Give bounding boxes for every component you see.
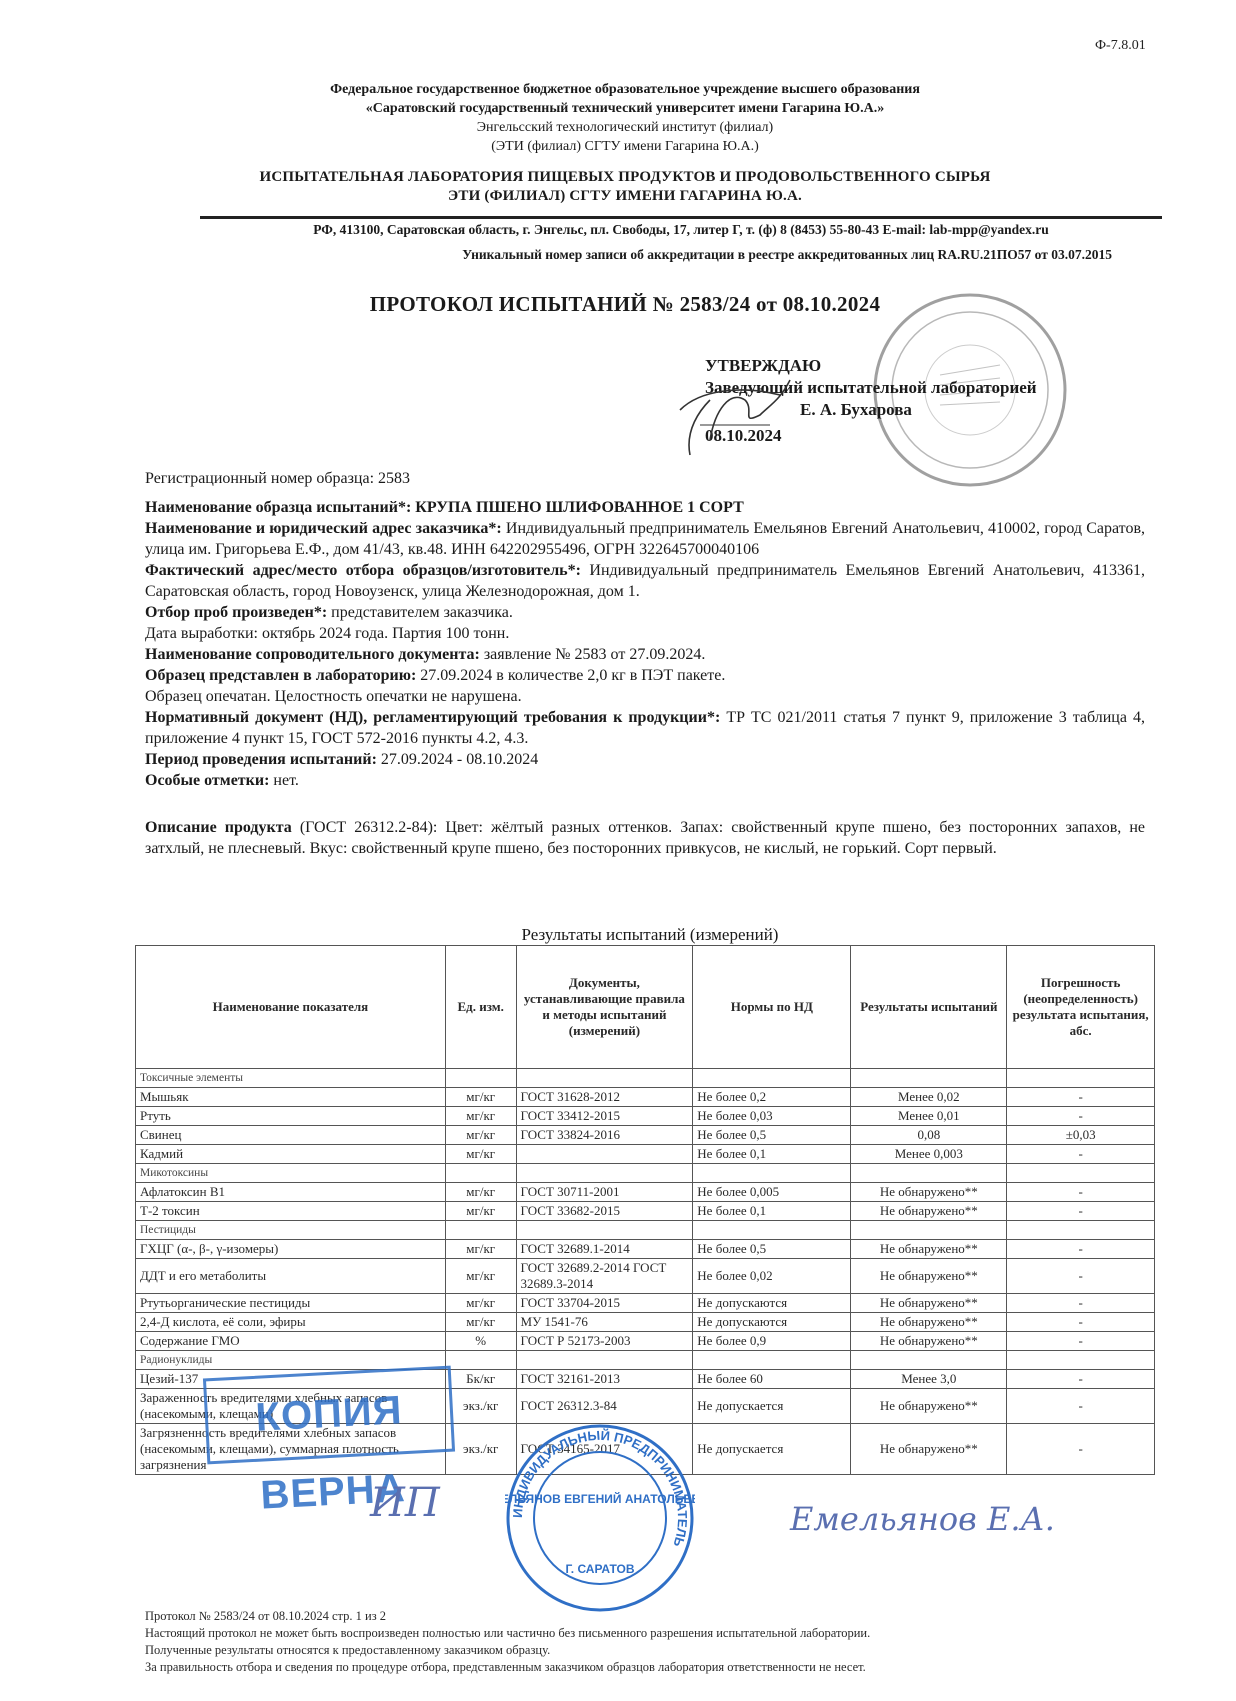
method-cell: ГОСТ 32689.2-2014 ГОСТ 32689.3-2014 [516,1259,693,1294]
footer-note-1: Настоящий протокол не может быть воспрои… [145,1625,1185,1642]
description-row: Описание продукта (ГОСТ 26312.2-84): Цве… [145,817,1145,859]
col-indicator: Наименование показателя [136,946,446,1069]
empty-cell [693,1069,851,1088]
indicator-cell: Т-2 токсин [136,1202,446,1221]
footer: Протокол № 2583/24 от 08.10.2024 стр. 1 … [145,1608,1185,1676]
notes-label: Особые отметки: [145,772,269,789]
table-group-row: Токсичные элементы [136,1069,1155,1088]
unit-cell: мг/кг [445,1240,516,1259]
empty-cell [1007,1221,1155,1240]
approver-name: Е. А. Бухарова [800,399,1037,421]
lab-address: РФ, 413100, Саратовская область, г. Энге… [200,222,1162,238]
unit-cell: мг/кг [445,1202,516,1221]
error-cell: - [1007,1370,1155,1389]
indicator-cell: ДДТ и его метаболиты [136,1259,446,1294]
norm-cell: Не более 0,1 [693,1202,851,1221]
indicator-cell: ГХЦГ (α-, β-, γ-изомеры) [136,1240,446,1259]
group-label: Токсичные элементы [136,1069,446,1088]
unit-cell: мг/кг [445,1183,516,1202]
header-line-4: (ЭТИ (филиал) СГТУ имени Гагарина Ю.А.) [200,137,1050,156]
submitted-row: Образец представлен в лабораторию: 27.09… [145,665,1145,686]
col-unit: Ед. изм. [445,946,516,1069]
description-value: (ГОСТ 26312.2-84): Цвет: жёлтый разных о… [145,819,1145,857]
error-cell: - [1007,1145,1155,1164]
result-cell: Не обнаружено** [851,1332,1007,1351]
result-cell: Не обнаружено** [851,1202,1007,1221]
ip-seal-ring-text: ИНДИВИДУАЛЬНЫЙ ПРЕДПРИНИМАТЕЛЬ [510,1428,690,1549]
ip-seal-city: Г. САРАТОВ [565,1562,634,1576]
error-cell: - [1007,1389,1155,1424]
result-cell: Менее 0,01 [851,1107,1007,1126]
table-row: ДДТ и его метаболитымг/кгГОСТ 32689.2-20… [136,1259,1155,1294]
notes-value: нет. [273,772,298,789]
reg-number-label: Регистрационный номер образца: [145,470,374,487]
error-cell: - [1007,1313,1155,1332]
header-line-2: «Саратовский государственный технический… [200,99,1050,118]
col-error: Погрешность (неопределенность) результат… [1007,946,1155,1069]
error-cell: - [1007,1240,1155,1259]
sample-name-row: Наименование образца испытаний*: КРУПА П… [145,497,1145,518]
method-cell: ГОСТ 33704-2015 [516,1294,693,1313]
result-cell: 0,08 [851,1126,1007,1145]
error-cell: - [1007,1107,1155,1126]
norm-cell: Не допускаются [693,1313,851,1332]
table-row: Мышьякмг/кгГОСТ 31628-2012Не более 0,2Ме… [136,1088,1155,1107]
error-cell: - [1007,1202,1155,1221]
method-cell: ГОСТ 33412-2015 [516,1107,693,1126]
accompanying-doc-label: Наименование сопроводительного документа… [145,646,480,663]
sampling-value: представителем заказчика. [331,604,513,621]
table-group-row: Пестициды [136,1221,1155,1240]
lab-name-line-2: ЭТИ (ФИЛИАЛ) СГТУ ИМЕНИ ГАГАРИНА Ю.А. [200,187,1050,206]
table-group-row: Микотоксины [136,1164,1155,1183]
norm-cell: Не более 0,9 [693,1332,851,1351]
result-cell: Не обнаружено** [851,1294,1007,1313]
norm-cell: Не более 0,02 [693,1259,851,1294]
accompanying-doc-row: Наименование сопроводительного документа… [145,644,1145,665]
actual-address-row: Фактический адрес/место отбора образцов/… [145,560,1145,602]
result-cell: Не обнаружено** [851,1424,1007,1475]
unit-cell: % [445,1332,516,1351]
ip-signature: ИП [370,1480,440,1526]
empty-cell [516,1069,693,1088]
method-cell: ГОСТ 32689.1-2014 [516,1240,693,1259]
group-label: Микотоксины [136,1164,446,1183]
empty-cell [516,1221,693,1240]
error-cell: - [1007,1259,1155,1294]
table-row: Т-2 токсинмг/кгГОСТ 33682-2015Не более 0… [136,1202,1155,1221]
form-code: Ф-7.8.01 [1095,38,1146,54]
customer-signature: Емельянов Е.А. [790,1500,1055,1538]
svg-text:ИНДИВИДУАЛЬНЫЙ ПРЕДПРИНИМАТЕЛЬ: ИНДИВИДУАЛЬНЫЙ ПРЕДПРИНИМАТЕЛЬ [510,1428,690,1549]
empty-cell [445,1069,516,1088]
empty-cell [445,1221,516,1240]
period-row: Период проведения испытаний: 27.09.2024 … [145,749,1145,770]
sample-info: Регистрационный номер образца: 2583 Наим… [145,468,1145,859]
error-cell: - [1007,1332,1155,1351]
ip-seal-name: ЕМЕЛЬЯНОВ ЕВГЕНИЙ АНАТОЛЬЕВИЧ [505,1491,695,1506]
lab-name: ИСПЫТАТЕЛЬНАЯ ЛАБОРАТОРИЯ ПИЩЕВЫХ ПРОДУК… [200,168,1050,206]
indicator-cell: Афлатоксин B1 [136,1183,446,1202]
normative-label: Нормативный документ (НД), регламентирую… [145,709,720,726]
unit-cell: мг/кг [445,1259,516,1294]
norm-cell: Не допускаются [693,1294,851,1313]
col-method: Документы, устанавливающие правила и мет… [516,946,693,1069]
accompanying-doc-value: заявление № 2583 от 27.09.2024. [484,646,705,663]
result-cell: Менее 3,0 [851,1370,1007,1389]
norm-cell: Не более 0,2 [693,1088,851,1107]
norm-cell: Не более 0,03 [693,1107,851,1126]
col-result: Результаты испытаний [851,946,1007,1069]
result-cell: Не обнаружено** [851,1240,1007,1259]
error-cell: - [1007,1424,1155,1475]
table-row: 2,4-Д кислота, её соли, эфирымг/кгМУ 154… [136,1313,1155,1332]
footer-note-2: Полученные результаты относятся к предос… [145,1642,1185,1659]
norm-cell: Не допускается [693,1389,851,1424]
indicator-cell: Содержание ГМО [136,1332,446,1351]
accreditation-number: Уникальный номер записи об аккредитации … [200,247,1162,263]
empty-cell [851,1351,1007,1370]
unit-cell: мг/кг [445,1107,516,1126]
group-label: Радионуклиды [136,1351,446,1370]
submitted-value: 27.09.2024 в количестве 2,0 кг в ПЭТ пак… [420,667,725,684]
empty-cell [693,1164,851,1183]
result-cell: Не обнаружено** [851,1389,1007,1424]
method-cell: ГОСТ 31628-2012 [516,1088,693,1107]
table-row: Ртутьорганические пестицидымг/кгГОСТ 337… [136,1294,1155,1313]
error-cell: - [1007,1294,1155,1313]
empty-cell [445,1164,516,1183]
norm-cell: Не более 0,5 [693,1126,851,1145]
actual-address-label: Фактический адрес/место отбора образцов/… [145,562,581,579]
empty-cell [516,1164,693,1183]
approver-signature-icon [670,370,810,460]
empty-cell [1007,1164,1155,1183]
copy-verified-stamp: КОПИЯ ВЕРНА [203,1366,455,1465]
table-row: Свинецмг/кгГОСТ 33824-2016Не более 0,50,… [136,1126,1155,1145]
method-cell: ГОСТ 33824-2016 [516,1126,693,1145]
header-line-3: Энгельсский технологический институт (фи… [200,118,1050,137]
method-cell: ГОСТ 32161-2013 [516,1370,693,1389]
unit-cell: Бк/кг [445,1370,516,1389]
table-row: Содержание ГМО%ГОСТ Р 52173-2003Не более… [136,1332,1155,1351]
institution-header: Федеральное государственное бюджетное об… [200,80,1050,156]
description-label: Описание продукта [145,819,292,836]
empty-cell [693,1351,851,1370]
submitted-label: Образец представлен в лабораторию: [145,667,416,684]
customer-row: Наименование и юридический адрес заказчи… [145,518,1145,560]
unit-cell: мг/кг [445,1126,516,1145]
indicator-cell: Свинец [136,1126,446,1145]
lab-name-line-1: ИСПЫТАТЕЛЬНАЯ ЛАБОРАТОРИЯ ПИЩЕВЫХ ПРОДУК… [200,168,1050,187]
sample-name-value: КРУПА ПШЕНО ШЛИФОВАННОЕ 1 СОРТ [415,499,743,516]
indicator-cell: Ртуть [136,1107,446,1126]
norm-cell: Не более 0,005 [693,1183,851,1202]
result-cell: Менее 0,003 [851,1145,1007,1164]
empty-cell [445,1351,516,1370]
sampling-row: Отбор проб произведен*: представителем з… [145,602,1145,623]
result-cell: Не обнаружено** [851,1259,1007,1294]
error-cell: ±0,03 [1007,1126,1155,1145]
period-value: 27.09.2024 - 08.10.2024 [381,751,538,768]
period-label: Период проведения испытаний: [145,751,377,768]
ip-seal-icon: ИНДИВИДУАЛЬНЫЙ ПРЕДПРИНИМАТЕЛЬ ЕМЕЛЬЯНОВ… [505,1423,695,1613]
indicator-cell: Ртутьорганические пестициды [136,1294,446,1313]
sealed-note: Образец опечатан. Целостность опечатки н… [145,686,1145,707]
footer-note-3: За правильность отбора и сведения по про… [145,1659,1185,1676]
error-cell: - [1007,1183,1155,1202]
unit-cell: мг/кг [445,1145,516,1164]
method-cell: ГОСТ 30711-2001 [516,1183,693,1202]
method-cell [516,1145,693,1164]
page-info: Протокол № 2583/24 от 08.10.2024 стр. 1 … [145,1608,1185,1625]
table-row: Ртутьмг/кгГОСТ 33412-2015Не более 0,03Ме… [136,1107,1155,1126]
table-group-row: Радионуклиды [136,1351,1155,1370]
unit-cell: мг/кг [445,1313,516,1332]
table-row: Афлатоксин B1мг/кгГОСТ 30711-2001Не боле… [136,1183,1155,1202]
norm-cell: Не более 0,5 [693,1240,851,1259]
group-label: Пестициды [136,1221,446,1240]
error-cell: - [1007,1088,1155,1107]
normative-row: Нормативный документ (НД), регламентирую… [145,707,1145,749]
header-divider [200,216,1162,219]
table-row: ГХЦГ (α-, β-, γ-изомеры)мг/кгГОСТ 32689.… [136,1240,1155,1259]
empty-cell [851,1164,1007,1183]
empty-cell [693,1221,851,1240]
header-line-1: Федеральное государственное бюджетное об… [200,80,1050,99]
results-table-title: Результаты испытаний (измерений) [145,925,1155,945]
result-cell: Не обнаружено** [851,1183,1007,1202]
empty-cell [1007,1069,1155,1088]
result-cell: Не обнаружено** [851,1313,1007,1332]
method-cell: ГОСТ 26312.3-84 [516,1389,693,1424]
empty-cell [851,1221,1007,1240]
indicator-cell: Кадмий [136,1145,446,1164]
results-header-row: Наименование показателя Ед. изм. Докумен… [136,946,1155,1069]
norm-cell: Не более 60 [693,1370,851,1389]
empty-cell [1007,1351,1155,1370]
result-cell: Менее 0,02 [851,1088,1007,1107]
reg-number-row: Регистрационный номер образца: 2583 [145,468,1145,489]
norm-cell: Не допускается [693,1424,851,1475]
table-row: Кадмиймг/кгНе более 0,1Менее 0,003- [136,1145,1155,1164]
production-date: Дата выработки: октябрь 2024 года. Парти… [145,623,1145,644]
notes-row: Особые отметки: нет. [145,770,1145,791]
customer-label: Наименование и юридический адрес заказчи… [145,520,502,537]
indicator-cell: Мышьяк [136,1088,446,1107]
method-cell: ГОСТ Р 52173-2003 [516,1332,693,1351]
sampling-label: Отбор проб произведен*: [145,604,327,621]
norm-cell: Не более 0,1 [693,1145,851,1164]
indicator-cell: 2,4-Д кислота, её соли, эфиры [136,1313,446,1332]
unit-cell: мг/кг [445,1088,516,1107]
col-norm: Нормы по НД [693,946,851,1069]
unit-cell: экз./кг [445,1389,516,1424]
empty-cell [851,1069,1007,1088]
method-cell: МУ 1541-76 [516,1313,693,1332]
method-cell: ГОСТ 33682-2015 [516,1202,693,1221]
unit-cell: мг/кг [445,1294,516,1313]
reg-number-value: 2583 [378,470,410,487]
sample-name-label: Наименование образца испытаний*: [145,499,411,516]
empty-cell [516,1351,693,1370]
